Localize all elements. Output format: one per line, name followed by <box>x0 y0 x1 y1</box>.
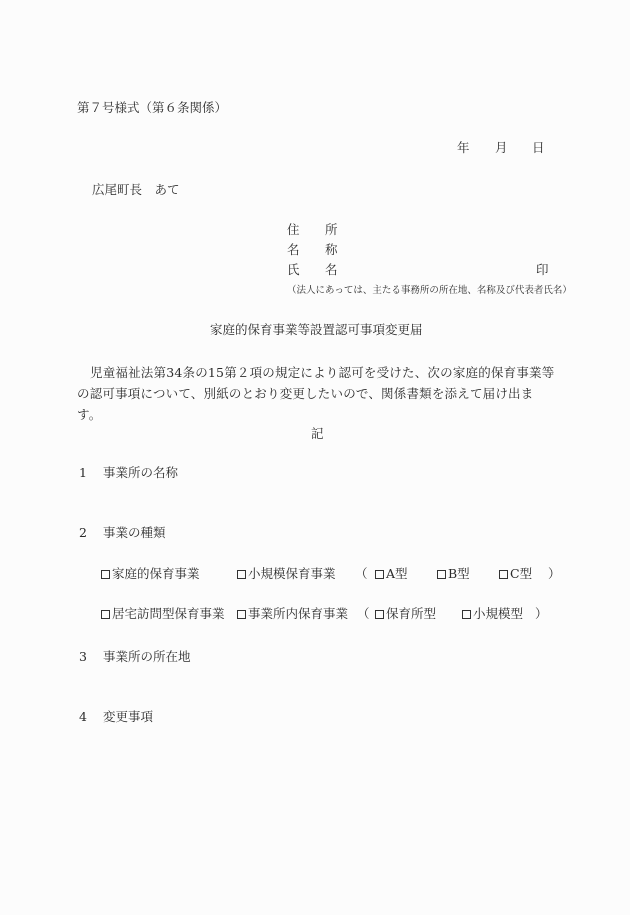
document-title: 家庭的保育事業等設置認可事項変更届 <box>210 324 423 337</box>
option-small-scale[interactable]: 小規模保育事業 <box>237 568 336 581</box>
checkbox-icon[interactable] <box>462 610 471 619</box>
item-label: 事業所の所在地 <box>103 649 191 664</box>
date-day-label: 日 <box>532 142 545 155</box>
item-number: 2 <box>79 527 103 540</box>
checkbox-icon[interactable] <box>375 610 384 619</box>
checkbox-icon[interactable] <box>375 570 384 579</box>
checkbox-icon[interactable] <box>237 570 246 579</box>
ki-heading: 記 <box>311 428 324 441</box>
applicant-note: （法人にあっては、主たる事務所の所在地、名称及び代表者氏名） <box>287 286 572 296</box>
option-workplace[interactable]: 事業所内保育事業 <box>237 608 348 621</box>
item-label: 事業所の名称 <box>103 465 178 480</box>
close-paren: ） <box>535 608 548 621</box>
checkbox-icon[interactable] <box>437 570 446 579</box>
address-label-1: 住 <box>287 224 300 237</box>
checkbox-icon[interactable] <box>499 570 508 579</box>
checkbox-icon[interactable] <box>101 570 110 579</box>
item-1: 1事業所の名称 <box>79 467 178 480</box>
option-small-type[interactable]: 小規模型 <box>462 608 523 621</box>
name-label-1: 名 <box>287 244 300 257</box>
name-label-2: 称 <box>325 244 338 257</box>
seal-label: 印 <box>536 264 549 277</box>
open-paren: （ <box>355 568 368 581</box>
body-paragraph: 児童福祉法第34条の15第２項の規定により認可を受けた、次の家庭的保育事業等の認… <box>77 362 557 425</box>
addressee: 広尾町長 あて <box>92 184 180 197</box>
item-4: 4変更事項 <box>79 711 153 724</box>
item-label: 事業の種類 <box>103 525 166 540</box>
date-month-label: 月 <box>495 142 508 155</box>
item-number: 1 <box>79 467 103 480</box>
date-year-label: 年 <box>457 142 470 155</box>
option-type-b[interactable]: B型 <box>437 568 470 581</box>
person-label-1: 氏 <box>287 264 300 277</box>
item-2: 2事業の種類 <box>79 527 166 540</box>
item-label: 変更事項 <box>103 709 153 724</box>
checkbox-icon[interactable] <box>101 610 110 619</box>
address-label-2: 所 <box>325 224 338 237</box>
option-nursery-type[interactable]: 保育所型 <box>375 608 436 621</box>
close-paren: ） <box>548 568 561 581</box>
person-label-2: 名 <box>325 264 338 277</box>
option-home-visit[interactable]: 居宅訪問型保育事業 <box>101 608 225 621</box>
item-3: 3事業所の所在地 <box>79 651 191 664</box>
option-family-daycare[interactable]: 家庭的保育事業 <box>101 568 200 581</box>
checkbox-icon[interactable] <box>237 610 246 619</box>
item-number: 4 <box>79 711 103 724</box>
form-number: 第７号様式（第６条関係） <box>77 102 227 115</box>
option-type-c[interactable]: C型 <box>499 568 532 581</box>
item-number: 3 <box>79 651 103 664</box>
open-paren: （ <box>357 608 370 621</box>
option-type-a[interactable]: A型 <box>375 568 408 581</box>
